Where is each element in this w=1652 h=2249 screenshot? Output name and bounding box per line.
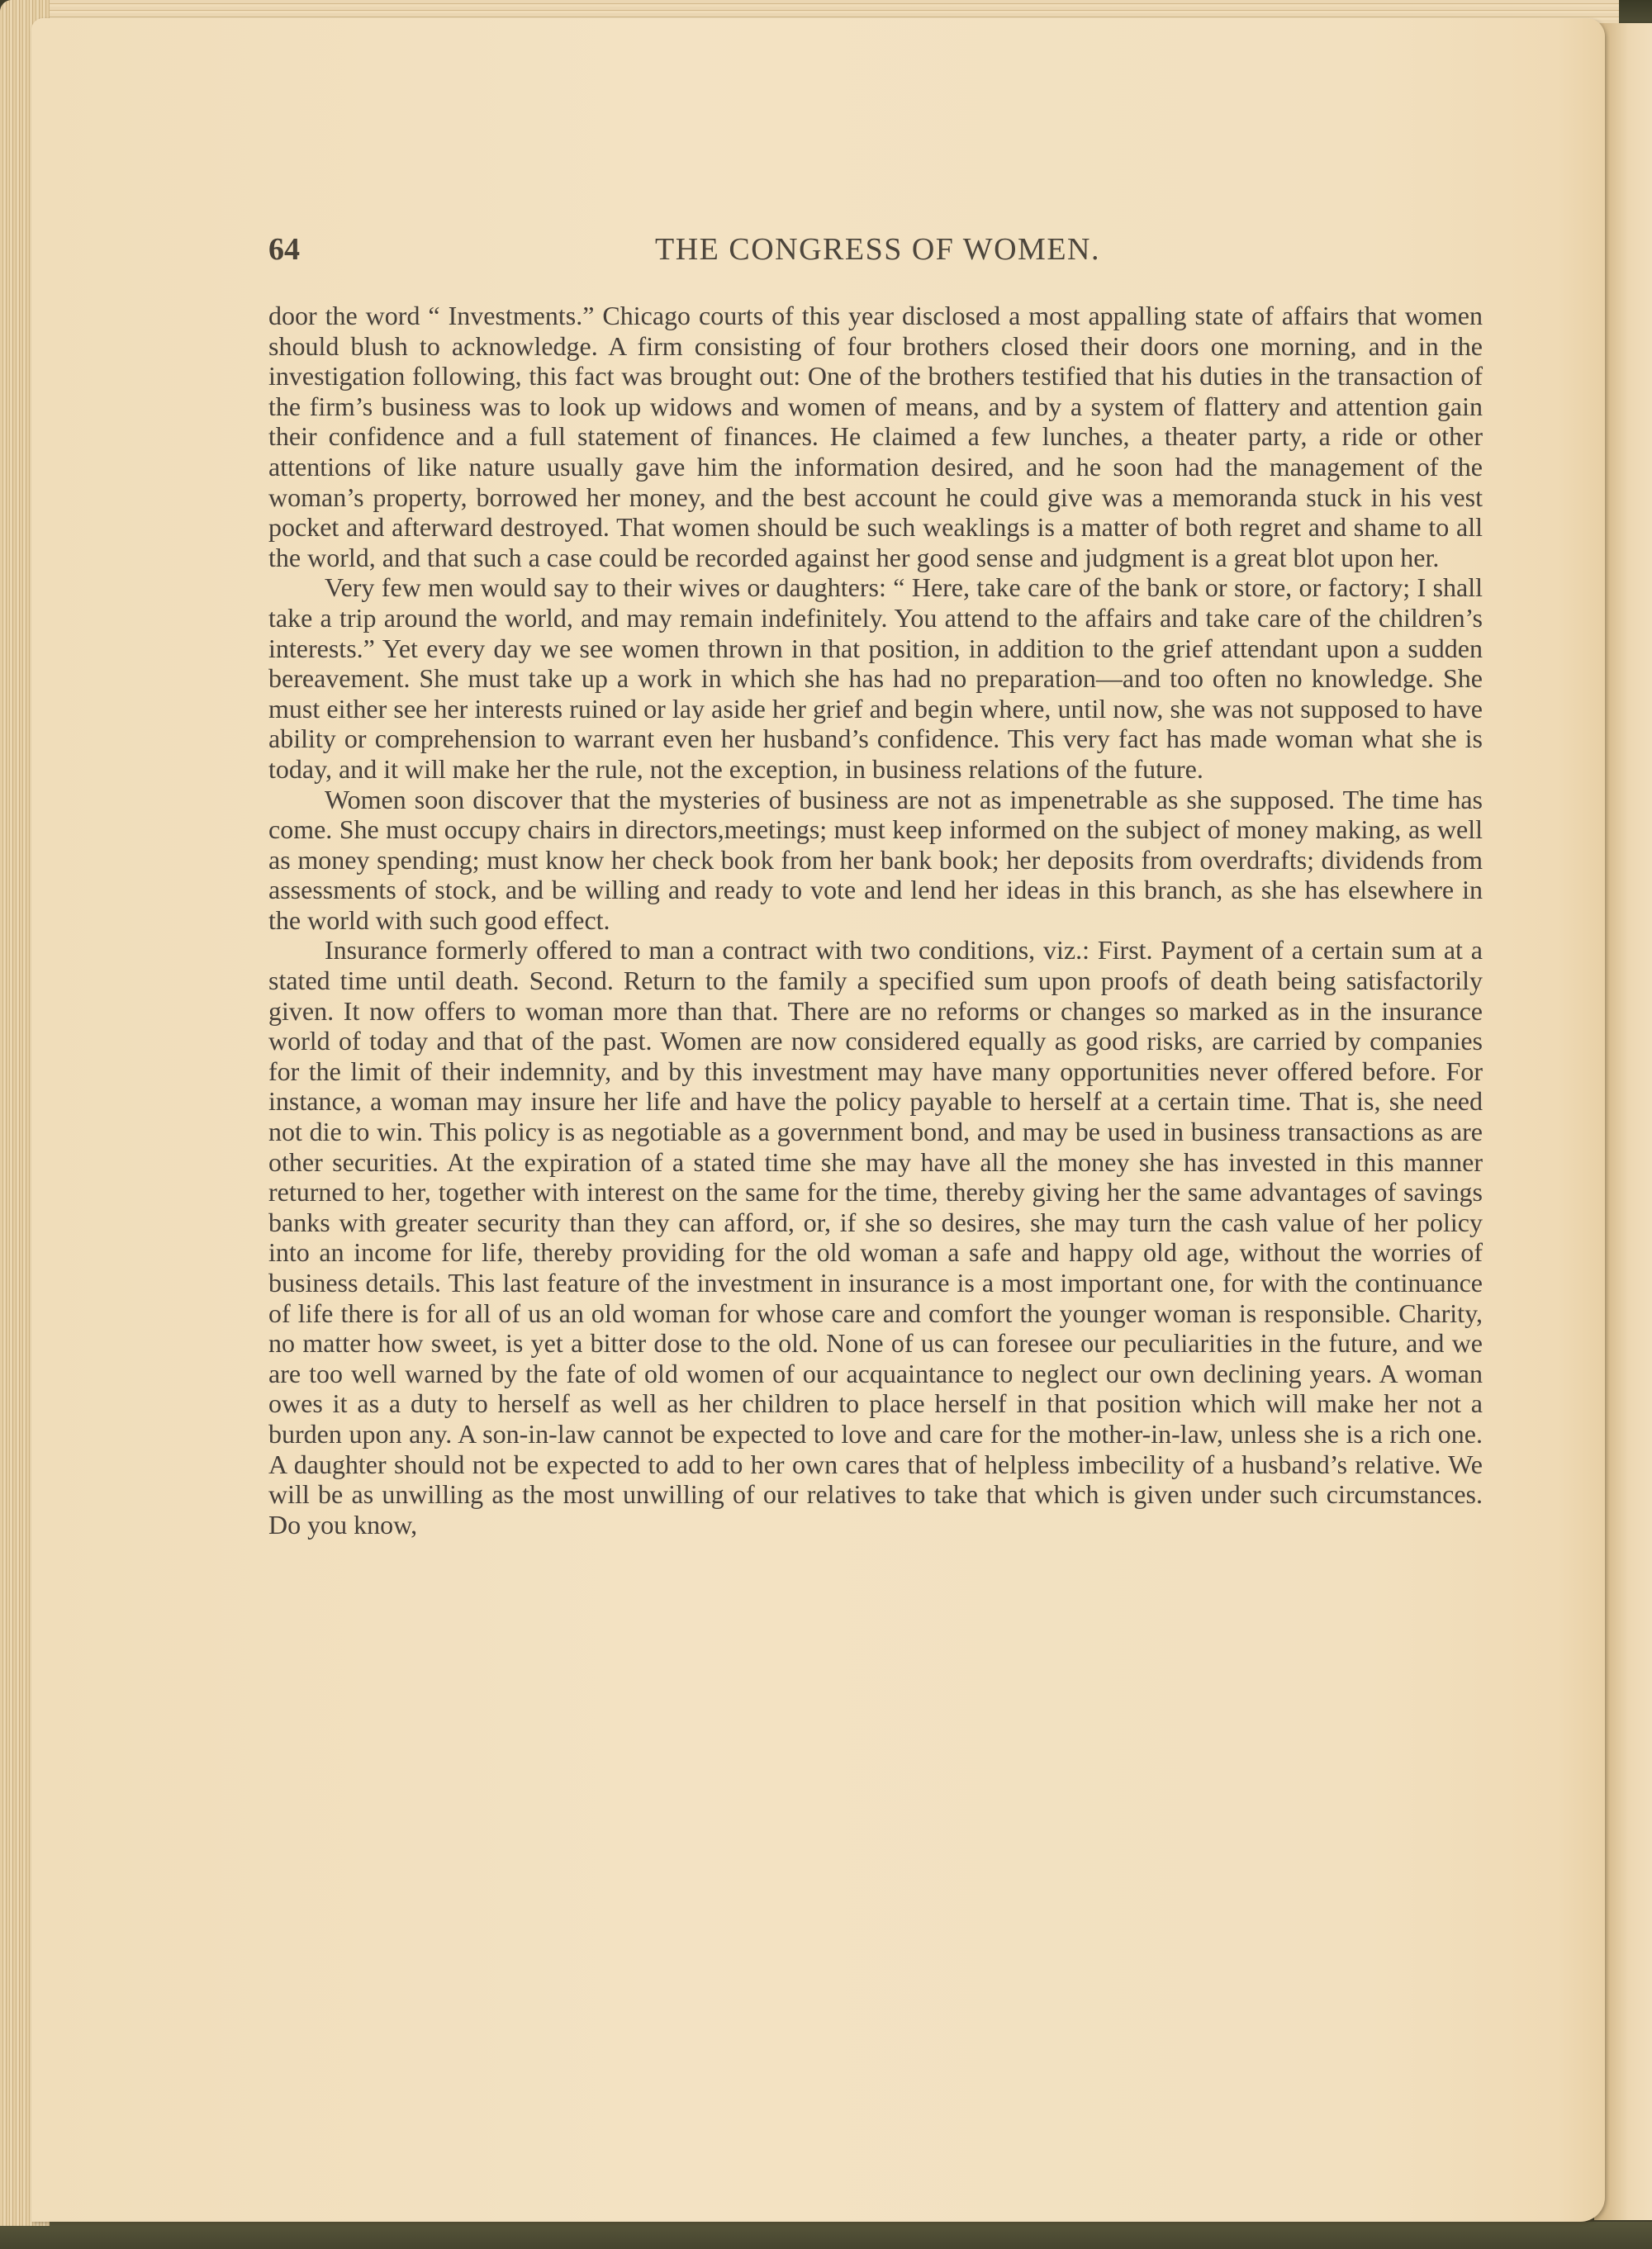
body-text: door the word “ Investments.” Chicago co… [268, 301, 1483, 1540]
book-page: 64 THE CONGRESS OF WOMEN. door the word … [31, 18, 1605, 2222]
running-title: THE CONGRESS OF WOMEN. [268, 231, 1483, 268]
paragraph-3: Women soon discover that the mysteries o… [268, 785, 1483, 936]
page-header: 64 THE CONGRESS OF WOMEN. [268, 231, 1483, 273]
paragraph-2: Very few men would say to their wives or… [268, 572, 1483, 784]
paragraph-4: Insurance formerly offered to man a cont… [268, 935, 1483, 1540]
book-cover-cloth-bottom [0, 2222, 1652, 2249]
paragraph-1: door the word “ Investments.” Chicago co… [268, 301, 1483, 572]
